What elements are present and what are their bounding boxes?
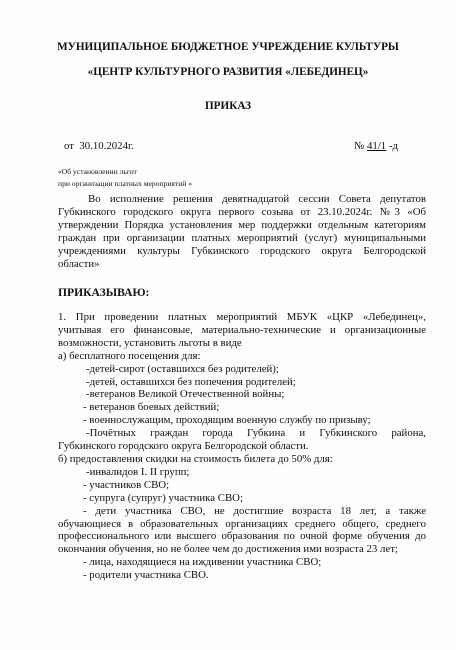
preamble-paragraph: Во исполнение решения девятнадцатой сесс…: [58, 193, 426, 270]
order-date: от 30.10.2024г.: [64, 140, 134, 152]
section-a-heading: а) бесплатного посещения для:: [58, 350, 426, 363]
item-1-line: учитывая его финансовые, материально-тех…: [58, 324, 426, 337]
item-1-line: возможности, установить льготы в виде: [58, 337, 426, 350]
section-b-item: - родители участника СВО.: [58, 569, 426, 582]
date-value: 30.10.2024г.: [79, 140, 134, 152]
section-a-honorary: Губкинского городского округа Белгородск…: [58, 440, 426, 453]
preamble-line: Губкинского городского округа первого со…: [58, 206, 426, 219]
date-prefix: от: [64, 140, 74, 152]
preamble-line: учреждениями культуры Губкинского городс…: [58, 245, 426, 258]
section-a-honorary: -Почётных граждан города Губкина и Губки…: [58, 427, 426, 440]
subject-line: «Об установлении льгот: [58, 166, 192, 178]
section-a-item: - военнослужащим, проходящим военную слу…: [58, 414, 426, 427]
preamble-line: граждан при организации платных мероприя…: [58, 232, 426, 245]
section-a-item: -детей, оставшихся без попечения родител…: [58, 376, 426, 389]
order-subject: «Об установлении льгот при организации п…: [58, 166, 192, 189]
subject-line: при организации платных мероприятий »: [58, 178, 192, 190]
section-b-item: -инвалидов I. II групп;: [58, 466, 426, 479]
order-number: № 41/1 -д: [354, 140, 398, 152]
section-b-item: - лица, находящиеся на иждивении участни…: [58, 556, 426, 569]
preamble-line: Во исполнение решения девятнадцатой сесс…: [58, 193, 426, 206]
document-page: МУНИЦИПАЛЬНОЕ БЮДЖЕТНОЕ УЧРЕЖДЕНИЕ КУЛЬТ…: [0, 0, 456, 650]
section-b-children: окончания обучения, но не более чем до д…: [58, 543, 426, 556]
number-prefix: №: [354, 140, 364, 152]
preamble-line: утверждении Порядка установления мер под…: [58, 219, 426, 232]
section-b-item: - участников СВО;: [58, 479, 426, 492]
org-name-line2: «ЦЕНТР КУЛЬТУРНОГО РАЗВИТИЯ «ЛЕБЕДИНЕЦ»: [0, 66, 456, 78]
section-b-children: профессионального или высшего образовани…: [58, 530, 426, 543]
section-a-item: -ветеранов Великой Отечественной войны;: [58, 388, 426, 401]
section-a-item: -детей-сирот (оставшихся без родителей);: [58, 363, 426, 376]
number-value: 41/1: [367, 140, 386, 152]
document-type-title: ПРИКАЗ: [0, 100, 456, 112]
preamble-line: области»: [58, 258, 426, 271]
item-1: 1. При проведении платных мероприятий МБ…: [58, 311, 426, 582]
section-a-item: - ветеранов боевых действий;: [58, 401, 426, 414]
order-directive: ПРИКАЗЫВАЮ:: [58, 286, 149, 299]
section-b-item: - супруга (супруг) участника СВО;: [58, 492, 426, 505]
item-1-line: 1. При проведении платных мероприятий МБ…: [58, 311, 426, 324]
section-b-children: - дети участника СВО, не достигшие возра…: [58, 505, 426, 518]
section-b-children: обучающиеся в образовательных организаци…: [58, 518, 426, 531]
number-suffix: -д: [389, 140, 398, 152]
org-name-line1: МУНИЦИПАЛЬНОЕ БЮДЖЕТНОЕ УЧРЕЖДЕНИЕ КУЛЬТ…: [0, 41, 456, 53]
section-b-heading: б) предоставления скидки на стоимость би…: [58, 453, 426, 466]
